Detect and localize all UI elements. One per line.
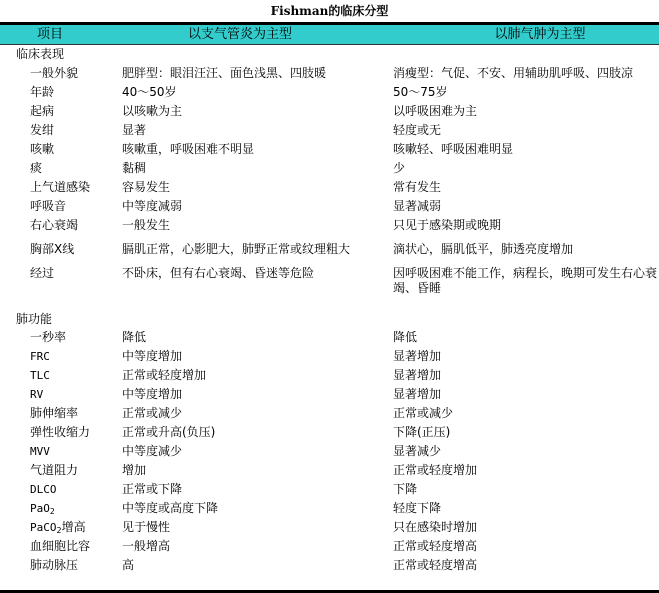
- table-row: DLCO正常或下降下降: [0, 480, 659, 499]
- row-bronchitis: 显著: [122, 121, 387, 140]
- table-row: 弹性收缩力正常或升高(负压)下降(正压): [0, 423, 659, 442]
- row-bronchitis: 增加: [122, 461, 387, 480]
- table-row: 起病以咳嗽为主以呼吸困难为主: [0, 102, 659, 121]
- row-emphysema: 少: [393, 159, 659, 178]
- table-row: 一般外貌肥胖型：眼泪汪汪、面色浅黑、四肢暖消瘦型：气促、不安、用辅助肌呼吸、四肢…: [0, 64, 659, 83]
- row-bronchitis: 中等度减弱: [122, 197, 387, 216]
- table-row: 咳嗽咳嗽重，呼吸困难不明显咳嗽轻、呼吸困难明显: [0, 140, 659, 159]
- section-clinical: 临床表现: [0, 45, 659, 64]
- row-emphysema: 消瘦型：气促、不安、用辅助肌呼吸、四肢凉: [393, 64, 659, 83]
- row-emphysema: 显著增加: [393, 347, 659, 366]
- row-item: 肺伸缩率: [30, 404, 110, 423]
- row-bronchitis: 一般增高: [122, 537, 387, 556]
- row-emphysema: 只在感染时增加: [393, 518, 659, 537]
- row-item: 肺动脉压: [30, 556, 110, 575]
- row-emphysema: 显著减弱: [393, 197, 659, 216]
- table-title: Fishman的临床分型: [0, 4, 659, 18]
- row-emphysema: 以呼吸困难为主: [393, 102, 659, 121]
- row-emphysema: 只见于感染期或晚期: [393, 216, 659, 235]
- row-emphysema: 显著减少: [393, 442, 659, 461]
- row-emphysema: 轻度下降: [393, 499, 659, 518]
- row-item: 上气道感染: [30, 178, 110, 197]
- row-emphysema: 常有发生: [393, 178, 659, 197]
- table-row: PaCO2增高见于慢性只在感染时增加: [0, 518, 659, 537]
- row-bronchitis: 正常或轻度增加: [122, 366, 387, 385]
- table-header: 项目 以支气管炎为主型 以肺气肿为主型: [0, 25, 659, 44]
- table-row: 经过不卧床，但有右心衰竭、昏迷等危险因呼吸困难不能工作，病程长，晚期可发生右心衰…: [0, 264, 659, 310]
- row-item: 痰: [30, 159, 110, 178]
- row-emphysema: 显著增加: [393, 366, 659, 385]
- row-emphysema: 滴状心，膈肌低平，肺透亮度增加: [393, 240, 659, 259]
- row-bronchitis: 高: [122, 556, 387, 575]
- row-item: 血细胞比容: [30, 537, 110, 556]
- row-item: 弹性收缩力: [30, 423, 110, 442]
- row-bronchitis: 容易发生: [122, 178, 387, 197]
- table-row: 血细胞比容一般增高正常或轻度增高: [0, 537, 659, 556]
- row-item: TLC: [30, 366, 110, 385]
- table-row: MVV中等度减少显著减少: [0, 442, 659, 461]
- row-item: 年龄: [30, 83, 110, 102]
- row-emphysema: 正常或轻度增加: [393, 461, 659, 480]
- row-bronchitis: 中等度增加: [122, 385, 387, 404]
- header-bronchitis-type: 以支气管炎为主型: [140, 25, 340, 44]
- row-item: 经过: [30, 264, 110, 283]
- table-row: 痰黏稠少: [0, 159, 659, 178]
- table-row: 年龄40～50岁50～75岁: [0, 83, 659, 102]
- table-row: 一秒率降低降低: [0, 328, 659, 347]
- table-row: 胸部X线膈肌正常，心影肥大，肺野正常或纹理粗大滴状心，膈肌低平，肺透亮度增加: [0, 240, 659, 264]
- table-row: 肺动脉压高正常或轻度增高: [0, 556, 659, 575]
- table-row: TLC正常或轻度增加显著增加: [0, 366, 659, 385]
- item-text: PaCO: [30, 521, 57, 534]
- row-emphysema: 轻度或无: [393, 121, 659, 140]
- row-emphysema: 下降: [393, 480, 659, 499]
- row-bronchitis: 40～50岁: [122, 83, 387, 102]
- row-item: 咳嗽: [30, 140, 110, 159]
- row-item: 胸部X线: [30, 240, 110, 259]
- table-row: 气道阻力增加正常或轻度增加: [0, 461, 659, 480]
- item-text: PaO: [30, 502, 50, 515]
- row-emphysema: 50～75岁: [393, 83, 659, 102]
- row-bronchitis: 中等度增加: [122, 347, 387, 366]
- row-item: 一般外貌: [30, 64, 110, 83]
- row-bronchitis: 肥胖型：眼泪汪汪、面色浅黑、四肢暖: [122, 64, 387, 83]
- header-emphysema-type: 以肺气肿为主型: [420, 25, 659, 44]
- row-emphysema: 正常或轻度增高: [393, 556, 659, 575]
- row-emphysema: 下降(正压): [393, 423, 659, 442]
- row-item: 右心衰竭: [30, 216, 110, 235]
- header-item: 项目: [0, 25, 100, 44]
- row-item: RV: [30, 385, 110, 404]
- row-bronchitis: 见于慢性: [122, 518, 387, 537]
- table-body: 临床表现 一般外貌肥胖型：眼泪汪汪、面色浅黑、四肢暖消瘦型：气促、不安、用辅助肌…: [0, 45, 659, 575]
- row-bronchitis: 黏稠: [122, 159, 387, 178]
- row-item: 气道阻力: [30, 461, 110, 480]
- row-emphysema: 显著增加: [393, 385, 659, 404]
- row-item: 发绀: [30, 121, 110, 140]
- table-row: FRC中等度增加显著增加: [0, 347, 659, 366]
- row-emphysema: 正常或减少: [393, 404, 659, 423]
- row-emphysema: 正常或轻度增高: [393, 537, 659, 556]
- table-row: 右心衰竭一般发生只见于感染期或晚期: [0, 216, 659, 240]
- row-bronchitis: 一般发生: [122, 216, 387, 235]
- row-bronchitis: 膈肌正常，心影肥大，肺野正常或纹理粗大: [122, 240, 387, 259]
- row-bronchitis: 不卧床，但有右心衰竭、昏迷等危险: [122, 264, 387, 283]
- row-item: 起病: [30, 102, 110, 121]
- row-bronchitis: 降低: [122, 328, 387, 347]
- section-lung-function: 肺功能: [0, 310, 659, 328]
- table-row: 发绀显著轻度或无: [0, 121, 659, 140]
- row-emphysema: 因呼吸困难不能工作，病程长，晚期可发生右心衰竭、昏睡: [393, 266, 659, 296]
- table-row: 呼吸音中等度减弱显著减弱: [0, 197, 659, 216]
- row-item: DLCO: [30, 480, 110, 499]
- row-bronchitis: 中等度减少: [122, 442, 387, 461]
- row-emphysema: 咳嗽轻、呼吸困难明显: [393, 140, 659, 159]
- row-emphysema: 降低: [393, 328, 659, 347]
- row-bronchitis: 咳嗽重，呼吸困难不明显: [122, 140, 387, 159]
- table-row: PaO2中等度或高度下降轻度下降: [0, 499, 659, 518]
- table-row: 上气道感染容易发生常有发生: [0, 178, 659, 197]
- row-item: FRC: [30, 347, 110, 366]
- item-text: 增高: [62, 520, 86, 534]
- row-item: 一秒率: [30, 328, 110, 347]
- row-bronchitis: 中等度或高度下降: [122, 499, 387, 518]
- item-subscript: 2: [50, 507, 55, 516]
- row-bronchitis: 正常或下降: [122, 480, 387, 499]
- row-bronchitis: 正常或升高(负压): [122, 423, 387, 442]
- row-item: 呼吸音: [30, 197, 110, 216]
- row-bronchitis: 以咳嗽为主: [122, 102, 387, 121]
- row-bronchitis: 正常或减少: [122, 404, 387, 423]
- table-row: RV中等度增加显著增加: [0, 385, 659, 404]
- table-row: 肺伸缩率正常或减少正常或减少: [0, 404, 659, 423]
- row-item: MVV: [30, 442, 110, 461]
